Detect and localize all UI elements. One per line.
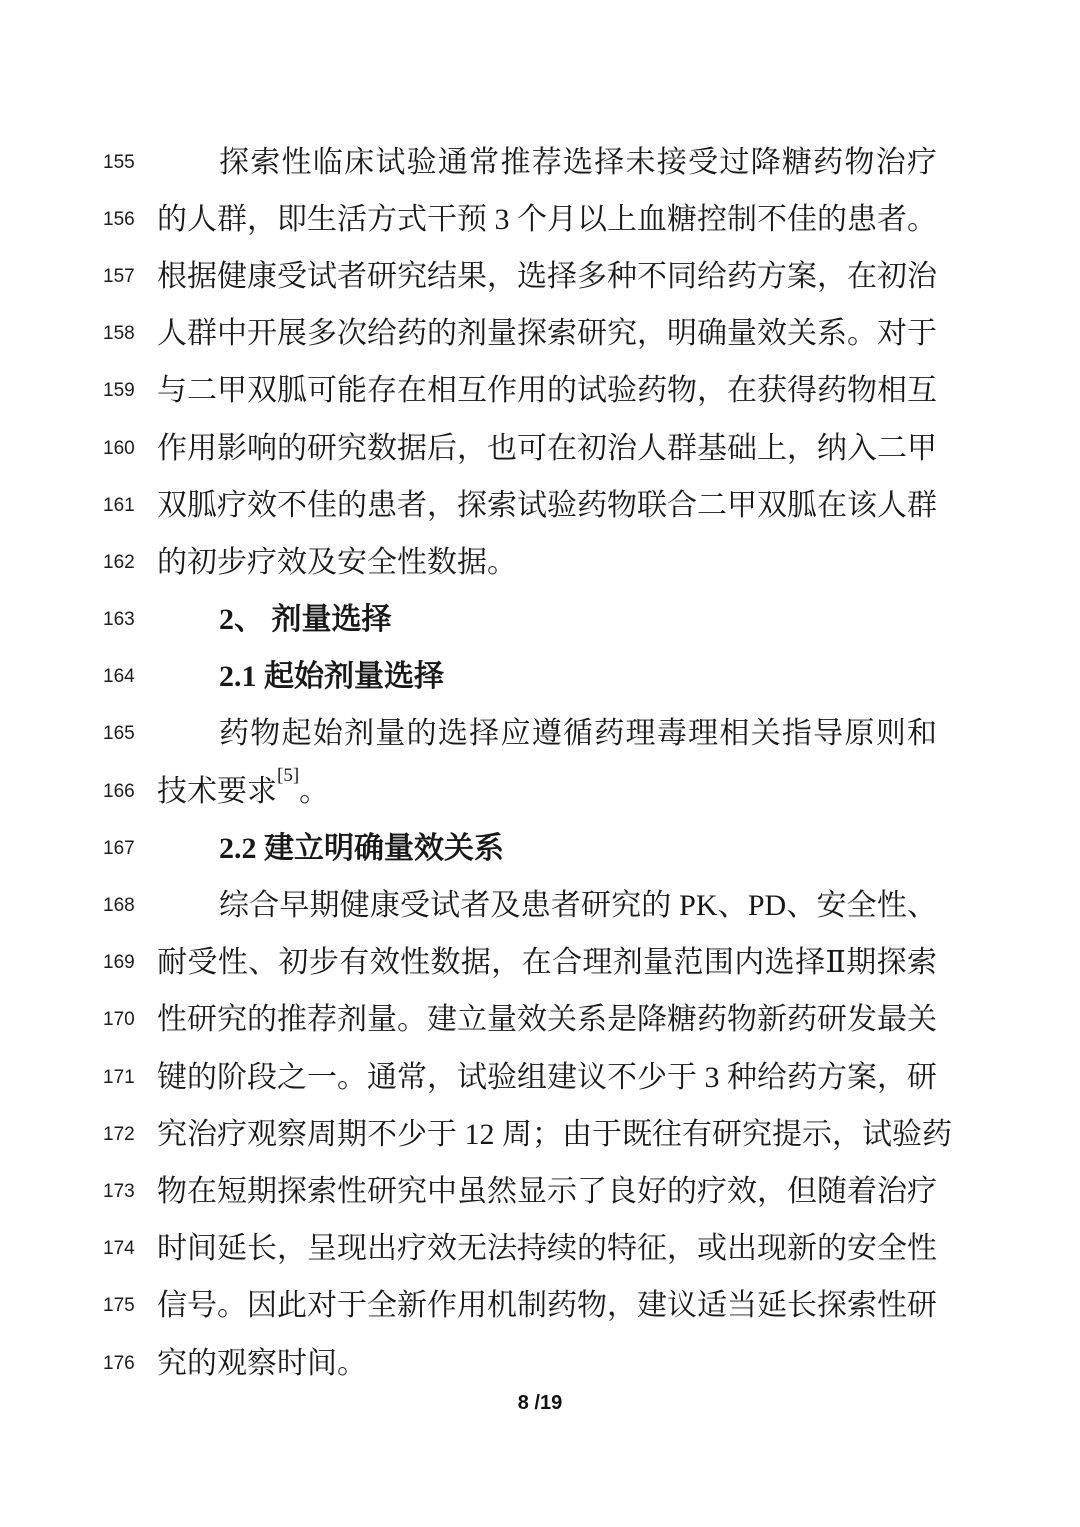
document-line-row: 155 探索性临床试验通常推荐选择未接受过降糖药物治疗 — [0, 134, 1080, 191]
document-line-row: 158 人群中开展多次给药的剂量探索研究，明确量效关系。对于 — [0, 306, 1080, 363]
document-line-row: 167 2.2 建立明确量效关系 — [0, 820, 1080, 877]
line-text: 技术要求[5]。 — [157, 777, 937, 807]
footnote-reference: [5] — [277, 765, 299, 786]
line-number: 165 — [103, 723, 147, 745]
document-line-row: 173 物在短期探索性研究中虽然显示了良好的疗效，但随着治疗 — [0, 1163, 1080, 1220]
line-number: 162 — [103, 552, 147, 574]
line-number: 173 — [103, 1181, 147, 1203]
line-number: 176 — [103, 1353, 147, 1375]
line-text: 2、 剂量选择 — [157, 605, 937, 635]
line-number: 174 — [103, 1238, 147, 1260]
line-number: 171 — [103, 1067, 147, 1089]
line-text: 的人群，即生活方式干预 3 个月以上血糖控制不佳的患者。 — [157, 205, 937, 235]
document-line-row: 166 技术要求[5]。 — [0, 763, 1080, 820]
line-number: 161 — [103, 495, 147, 517]
line-number: 163 — [103, 609, 147, 631]
line-text: 2.2 建立明确量效关系 — [157, 834, 937, 864]
line-text: 物在短期探索性研究中虽然显示了良好的疗效，但随着治疗 — [157, 1177, 937, 1207]
page-number: 8 /19 — [0, 1392, 1080, 1415]
line-number: 175 — [103, 1295, 147, 1317]
document-line-row: 160 作用影响的研究数据后，也可在初治人群基础上，纳入二甲 — [0, 420, 1080, 477]
document-page: 155 探索性临床试验通常推荐选择未接受过降糖药物治疗 156 的人群，即生活方… — [0, 0, 1080, 1527]
line-text: 药物起始剂量的选择应遵循药理毒理相关指导原则和 — [157, 719, 937, 749]
line-text: 双胍疗效不佳的患者，探索试验药物联合二甲双胍在该人群 — [157, 491, 937, 521]
line-number: 172 — [103, 1124, 147, 1146]
line-text: 键的阶段之一。通常，试验组建议不少于 3 种给药方案，研 — [157, 1063, 937, 1093]
line-text: 与二甲双胍可能存在相互作用的试验药物，在获得药物相互 — [157, 376, 937, 406]
document-line-row: 170 性研究的推荐剂量。建立量效关系是降糖药物新药研发最关 — [0, 992, 1080, 1049]
document-line-row: 163 2、 剂量选择 — [0, 592, 1080, 649]
document-line-row: 156 的人群，即生活方式干预 3 个月以上血糖控制不佳的患者。 — [0, 191, 1080, 248]
line-number: 164 — [103, 666, 147, 688]
document-line-row: 175 信号。因此对于全新作用机制药物，建议适当延长探索性研 — [0, 1278, 1080, 1335]
line-text: 探索性临床试验通常推荐选择未接受过降糖药物治疗 — [157, 148, 937, 178]
line-number: 168 — [103, 895, 147, 917]
line-number: 158 — [103, 323, 147, 345]
line-number: 166 — [103, 781, 147, 803]
line-text: 信号。因此对于全新作用机制药物，建议适当延长探索性研 — [157, 1291, 937, 1321]
document-line-row: 168 综合早期健康受试者及患者研究的 PK、PD、安全性、 — [0, 877, 1080, 934]
document-line-row: 174 时间延长，呈现出疗效无法持续的特征，或出现新的安全性 — [0, 1221, 1080, 1278]
document-line-row: 169 耐受性、初步有效性数据，在合理剂量范围内选择Ⅱ期探索 — [0, 935, 1080, 992]
line-text: 根据健康受试者研究结果，选择多种不同给药方案，在初治 — [157, 262, 937, 292]
document-line-row: 171 键的阶段之一。通常，试验组建议不少于 3 种给药方案，研 — [0, 1049, 1080, 1106]
document-lines: 155 探索性临床试验通常推荐选择未接受过降糖药物治疗 156 的人群，即生活方… — [0, 134, 1080, 1392]
line-text: 究治疗观察周期不少于 12 周；由于既往有研究提示，试验药 — [157, 1120, 937, 1150]
line-text: 作用影响的研究数据后，也可在初治人群基础上，纳入二甲 — [157, 434, 937, 464]
line-text: 耐受性、初步有效性数据，在合理剂量范围内选择Ⅱ期探索 — [157, 948, 937, 978]
line-number: 159 — [103, 380, 147, 402]
line-text: 人群中开展多次给药的剂量探索研究，明确量效关系。对于 — [157, 319, 937, 349]
document-line-row: 176 究的观察时间。 — [0, 1335, 1080, 1392]
document-line-row: 159 与二甲双胍可能存在相互作用的试验药物，在获得药物相互 — [0, 363, 1080, 420]
document-line-row: 161 双胍疗效不佳的患者，探索试验药物联合二甲双胍在该人群 — [0, 477, 1080, 534]
line-text: 2.1 起始剂量选择 — [157, 662, 937, 692]
line-number: 157 — [103, 266, 147, 288]
line-text: 综合早期健康受试者及患者研究的 PK、PD、安全性、 — [157, 891, 937, 921]
line-number: 155 — [103, 152, 147, 174]
document-line-row: 157 根据健康受试者研究结果，选择多种不同给药方案，在初治 — [0, 248, 1080, 305]
line-text: 究的观察时间。 — [157, 1349, 937, 1379]
line-text: 性研究的推荐剂量。建立量效关系是降糖药物新药研发最关 — [157, 1005, 937, 1035]
line-number: 160 — [103, 438, 147, 460]
line-text: 的初步疗效及安全性数据。 — [157, 548, 937, 578]
document-line-row: 162 的初步疗效及安全性数据。 — [0, 534, 1080, 591]
line-number: 156 — [103, 209, 147, 231]
document-line-row: 165 药物起始剂量的选择应遵循药理毒理相关指导原则和 — [0, 706, 1080, 763]
line-number: 169 — [103, 952, 147, 974]
line-text: 时间延长，呈现出疗效无法持续的特征，或出现新的安全性 — [157, 1234, 937, 1264]
document-line-row: 164 2.1 起始剂量选择 — [0, 649, 1080, 706]
line-number: 170 — [103, 1009, 147, 1031]
line-number: 167 — [103, 838, 147, 860]
document-line-row: 172 究治疗观察周期不少于 12 周；由于既往有研究提示，试验药 — [0, 1106, 1080, 1163]
